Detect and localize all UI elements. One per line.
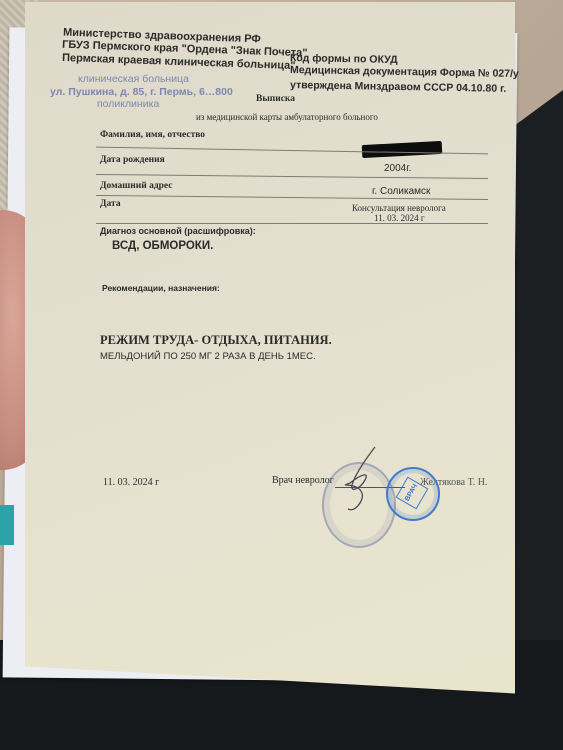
document-title: Выписка [256, 94, 295, 104]
teal-object [0, 505, 14, 545]
recommendation-regime: РЕЖИМ ТРУДА- ОТДЫХА, ПИТАНИЯ. [100, 333, 332, 348]
value-consultation: Консультация невролога [352, 203, 446, 213]
label-birth-date: Дата рождения [100, 155, 165, 165]
recommendations-label: Рекомендации, назначения: [102, 283, 220, 293]
signature [330, 445, 390, 515]
stamp-corner-line1: клиническая больница [78, 73, 189, 85]
footer-date: 11. 03. 2024 г [103, 477, 159, 488]
stamp-corner-line3: поликлиника [97, 98, 159, 110]
label-date: Дата [100, 199, 121, 209]
recommendation-medication: МЕЛЬДОНИЙ ПО 250 МГ 2 РАЗА В ДЕНЬ 1МЕС. [100, 351, 316, 362]
doctor-title: Врач невролог [272, 475, 334, 486]
doctor-stamp: ВРАЧ [386, 467, 440, 521]
value-consultation-date: 11. 03. 2024 г [374, 213, 425, 223]
label-address: Домашний адрес [100, 181, 172, 191]
diagnosis-label: Диагноз основной (расшифровка): [100, 226, 256, 236]
diagnosis-value: ВСД, ОБМОРОКИ. [112, 240, 213, 252]
stamp-corner-address: ул. Пушкина, д. 85, г. Пермь, 6…800 [50, 86, 233, 98]
document-subtitle: из медицинской карты амбулаторного больн… [196, 112, 378, 122]
value-address: г. Соликамск [372, 186, 430, 197]
label-full-name: Фамилия, имя, отчество [100, 130, 205, 140]
doctor-stamp-text: ВРАЧ [396, 477, 429, 510]
divider [96, 223, 488, 224]
value-birth-date: 2004г. [384, 163, 411, 174]
